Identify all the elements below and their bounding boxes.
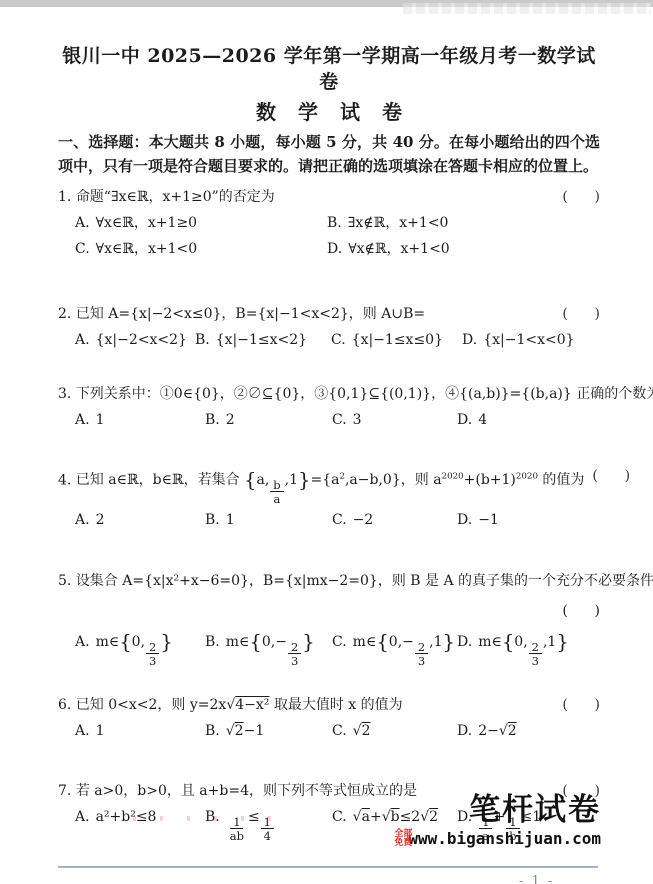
question-number: 2. — [58, 306, 71, 322]
option-a: A.{x|−2<x<2} — [75, 330, 195, 351]
answer-bracket: ( ) — [58, 601, 600, 622]
question-1: 1. 命题“∃x∈ℝ，x+1≥0”的否定为 ( ) A.∀x∈ℝ，x+1≥0 B… — [58, 187, 600, 260]
option-b: B.1ab≤14 — [205, 807, 332, 842]
option-d: D.{x|−1<x<0} — [462, 330, 600, 351]
question-stem: 1. 命题“∃x∈ℝ，x+1≥0”的否定为 — [58, 187, 275, 208]
option-d: D.∀x∉ℝ，x+1<0 — [327, 239, 600, 260]
option-c: C.√2 — [332, 721, 457, 742]
option-d: D.2−√2 — [457, 721, 600, 742]
page-title: 银川一中 2025—2026 学年第一学期高一年级月考一数学试卷 — [58, 44, 600, 95]
question-stem: 4. 已知 a∈ℝ，b∈ℝ，若集合 {a,ba,1}={a2,a−b,0}，则 … — [58, 466, 584, 506]
question-number: 5. — [58, 573, 71, 589]
question-number: 7. — [58, 783, 71, 799]
faint-watermark — [403, 3, 651, 14]
question-stem: 5. 设集合 A={x|x²+x−6=0}，B={x|mx−2=0}，则 B 是… — [58, 571, 653, 592]
page-number: - 1 - — [519, 874, 554, 884]
answer-bracket: ( ) — [592, 466, 630, 487]
footer-divider — [58, 866, 598, 868]
option-a: A.1 — [75, 410, 205, 431]
question-4: 4. 已知 a∈ℝ，b∈ℝ，若集合 {a,ba,1}={a2,a−b,0}，则 … — [58, 466, 600, 532]
question-2: 2. 已知 A={x|−2<x≤0}，B={x|−1<x<2}，则 A∪B= (… — [58, 304, 600, 351]
answer-bracket: ( ) — [562, 695, 600, 716]
section-intro: 一、选择题：本大题共 8 小题，每小题 5 分，共 40 分。在每小题给出的四个… — [58, 131, 600, 178]
question-stem: 3. 下列关系中：①0∈{0}，②∅⊆{0}，③{0,1}⊆{(0,1)}，④{… — [58, 384, 653, 405]
option-b: B.{x|−1≤x<2} — [195, 330, 331, 351]
option-b: B.m∈{0,−23} — [205, 627, 332, 667]
question-number: 1. — [58, 189, 71, 205]
option-b: B.√2−1 — [205, 721, 332, 742]
option-a: A.2 — [75, 510, 205, 531]
question-number: 6. — [58, 697, 71, 713]
question-number: 4. — [58, 472, 71, 488]
exam-page: 银川一中 2025—2026 学年第一学期高一年级月考一数学试卷 数学试卷 一、… — [58, 44, 600, 842]
option-b: B.∃x∉ℝ，x+1<0 — [327, 213, 600, 234]
question-3: 3. 下列关系中：①0∈{0}，②∅⊆{0}，③{0,1}⊆{(0,1)}，④{… — [58, 384, 600, 431]
option-d: D.4 — [457, 410, 600, 431]
option-a: A.∀x∈ℝ，x+1≥0 — [75, 213, 327, 234]
option-c: C.3 — [332, 410, 457, 431]
option-c: C.∀x∈ℝ，x+1<0 — [75, 239, 327, 260]
logo-free-text: 全部免费 — [394, 830, 416, 848]
question-stem: 6. 已知 0<x<2，则 y=2x√4−x² 取最大值时 x 的值为 — [58, 695, 403, 716]
question-6: 6. 已知 0<x<2，则 y=2x√4−x² 取最大值时 x 的值为 ( ) … — [58, 695, 600, 742]
question-stem: 7. 若 a>0，b>0，且 a+b=4，则下列不等式恒成立的是 — [58, 781, 417, 802]
page-subtitle: 数学试卷 — [58, 98, 600, 126]
option-c: C.−2 — [332, 510, 457, 531]
option-c: C.{x|−1≤x≤0} — [331, 330, 462, 351]
answer-bracket: ( ) — [562, 304, 600, 325]
question-stem: 2. 已知 A={x|−2<x≤0}，B={x|−1<x<2}，则 A∪B= — [58, 304, 425, 325]
option-a: A.m∈{0,23} — [75, 627, 205, 667]
option-a: A.a²+b²≤8 — [75, 807, 205, 842]
question-5: 5. 设集合 A={x|x²+x−6=0}，B={x|mx−2=0}，则 B 是… — [58, 571, 600, 667]
faint-red-marks — [133, 816, 285, 821]
option-b: B.2 — [205, 410, 332, 431]
logo-url: www.biganshijuan.com — [408, 829, 601, 848]
option-a: A.1 — [75, 721, 205, 742]
biganshijuan-logo: 全部免费 笔杆试卷 www.biganshijuan.com — [408, 793, 601, 848]
logo-title: 笔杆试卷 — [408, 793, 601, 827]
option-b: B.1 — [205, 510, 332, 531]
question-number: 3. — [58, 386, 71, 402]
option-d: D.−1 — [457, 510, 600, 531]
answer-bracket: ( ) — [562, 187, 600, 208]
option-d: D.m∈{0,23,1} — [457, 627, 600, 667]
option-c: C.m∈{0,−23,1} — [332, 627, 457, 667]
